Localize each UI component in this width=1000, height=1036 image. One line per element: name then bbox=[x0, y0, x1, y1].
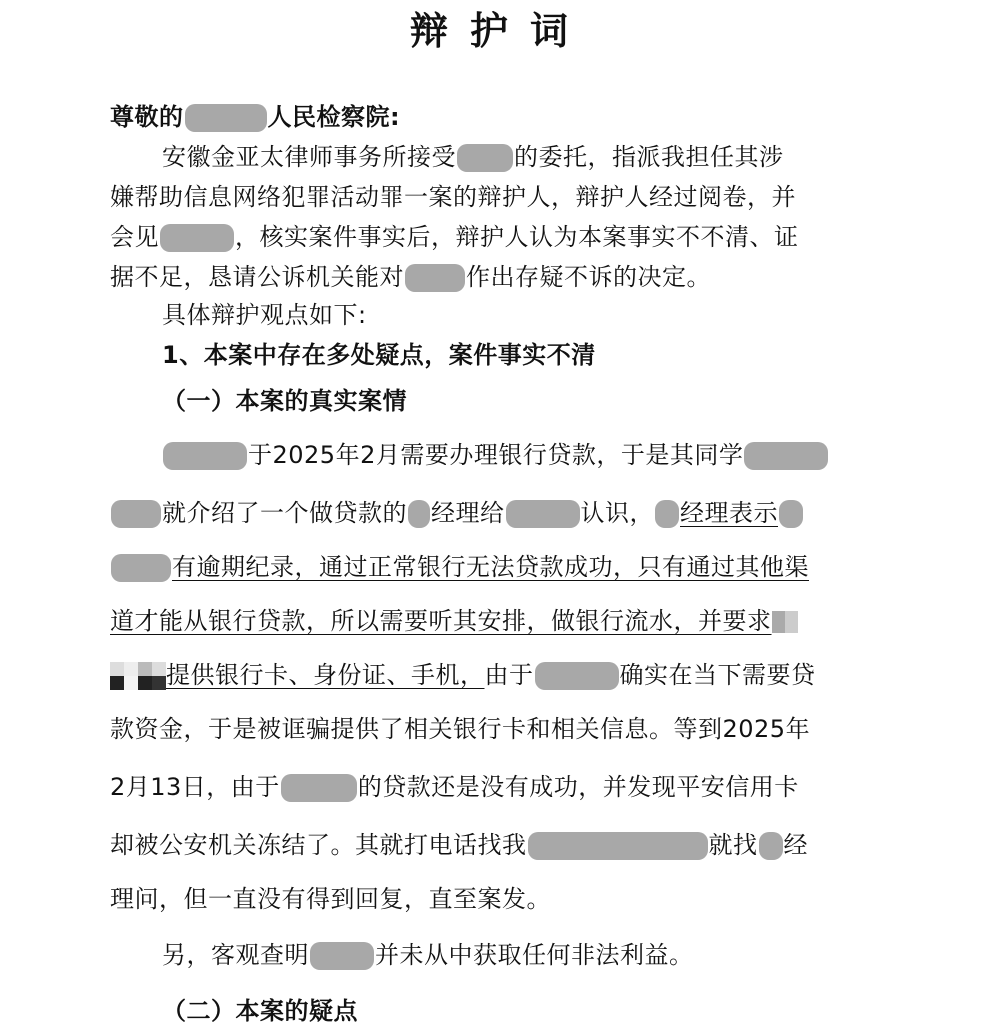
redacted-block bbox=[744, 442, 828, 470]
additional-note: 另，客观查明并未从中获取任何非法利益。 bbox=[110, 938, 942, 972]
facts-line-8: 却被公安机关冻结了。其就打电话找我就找经 bbox=[110, 828, 890, 862]
points-intro: 具体辩护观点如下: bbox=[110, 298, 942, 332]
redacted-block bbox=[506, 500, 580, 528]
pixelated-block bbox=[110, 662, 166, 690]
facts-line-2: 就介绍了一个做贷款的经理给认识，经理表示 bbox=[110, 496, 890, 530]
redacted-block bbox=[163, 442, 247, 470]
redacted-block bbox=[111, 500, 161, 528]
facts-line-5: 提供银行卡、身份证、手机，由于确实在当下需要贷 bbox=[110, 658, 890, 692]
facts-line-1: 于2025年2月需要办理银行贷款，于是其同学 bbox=[110, 438, 942, 472]
intro-line-3: 会见，核实案件事实后，辩护人认为本案事实不不清、证 bbox=[110, 220, 890, 254]
redacted-block bbox=[185, 104, 267, 132]
facts-line-3: 有逾期纪录，通过正常银行无法贷款成功，只有通过其他渠 bbox=[110, 550, 890, 584]
redacted-block bbox=[310, 942, 374, 970]
redacted-block bbox=[528, 832, 708, 860]
redacted-block bbox=[759, 832, 783, 860]
intro-line-4: 据不足，恳请公诉机关能对作出存疑不诉的决定。 bbox=[110, 260, 890, 294]
redacted-block bbox=[655, 500, 679, 528]
facts-line-4: 道才能从银行贷款，所以需要听其安排，做银行流水，并要求 bbox=[110, 604, 890, 638]
intro-line-2: 嫌帮助信息网络犯罪活动罪一案的辩护人，辩护人经过阅卷，并 bbox=[110, 180, 890, 214]
redacted-block bbox=[457, 144, 513, 172]
redacted-block bbox=[408, 500, 430, 528]
salutation: 尊敬的人民检察院: bbox=[110, 100, 890, 134]
document-title: 辩护词 bbox=[0, 6, 1000, 56]
redacted-block bbox=[111, 554, 171, 582]
redacted-block bbox=[160, 224, 234, 252]
redacted-block bbox=[405, 264, 465, 292]
intro-line-1: 安徽金亚太律师事务所接受的委托，指派我担任其涉 bbox=[110, 140, 942, 174]
redacted-block bbox=[281, 774, 357, 802]
redacted-block bbox=[535, 662, 619, 690]
redacted-block bbox=[779, 500, 803, 528]
heading-1: 1、本案中存在多处疑点，案件事实不清 bbox=[110, 338, 942, 372]
pixelated-block bbox=[772, 611, 798, 633]
facts-line-7: 2月13日，由于的贷款还是没有成功，并发现平安信用卡 bbox=[110, 770, 890, 804]
facts-line-6: 款资金，于是被诓骗提供了相关银行卡和相关信息。等到2025年 bbox=[110, 712, 890, 746]
facts-line-9: 理问，但一直没有得到回复，直至案发。 bbox=[110, 882, 890, 916]
subheading-2: （二）本案的疑点 bbox=[110, 994, 942, 1028]
subheading-1: （一）本案的真实案情 bbox=[110, 384, 942, 418]
